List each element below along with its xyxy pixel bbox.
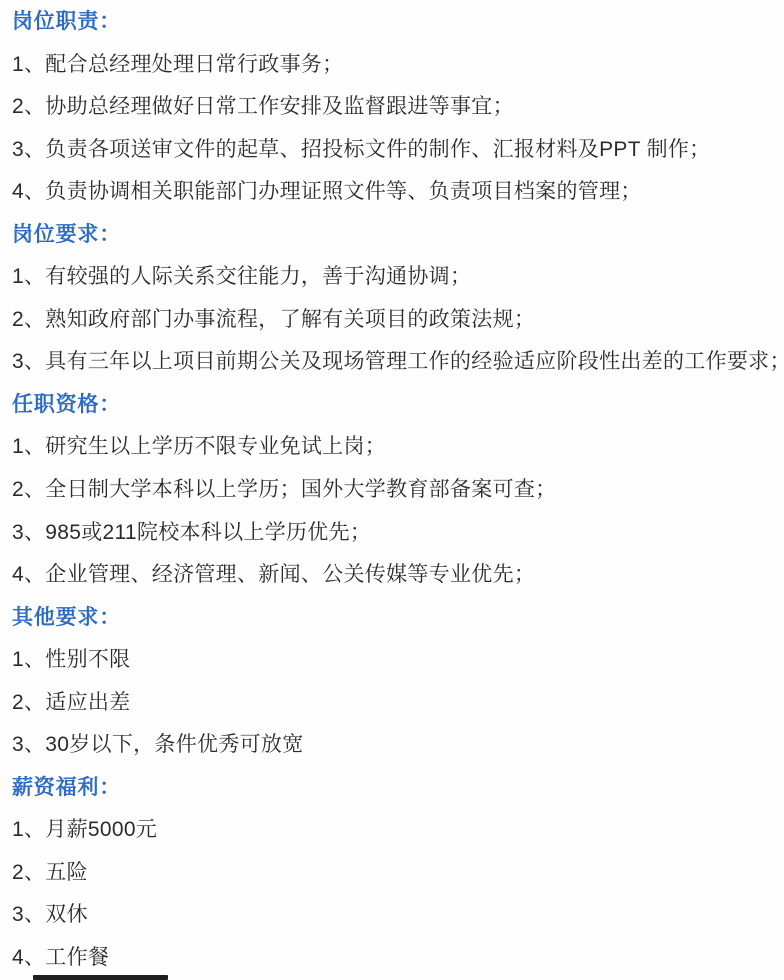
list-item: 1、研究生以上学历不限专业免试上岗； [12,426,772,469]
list-item: 2、全日制大学本科以上学历；国外大学教育部备案可查； [12,469,772,512]
section-heading-other-requirements: 其他要求： [12,597,772,640]
list-item: 2、适应出差 [12,682,772,725]
list-item: 4、负责协调相关职能部门办理证照文件等、负责项目档案的管理； [12,171,772,214]
section-heading-requirements: 岗位要求： [12,214,772,257]
list-item: 1、月薪5000元 [12,809,772,852]
list-item: 3、负责各项送审文件的起草、招投标文件的制作、汇报材料及PPT 制作； [12,129,772,172]
list-item: 3、双休 [12,894,772,937]
list-item: 2、五险 [12,852,772,895]
document-body: 岗位职责： 1、配合总经理处理日常行政事务； 2、协助总经理做好日常工作安排及监… [0,0,784,980]
list-item: 2、协助总经理做好日常工作安排及监督跟进等事宜； [12,86,772,129]
list-item: 1、有较强的人际关系交往能力，善于沟通协调； [12,256,772,299]
job-posting-document: 岗位职责： 1、配合总经理处理日常行政事务； 2、协助总经理做好日常工作安排及监… [0,0,784,980]
section-heading-qualifications: 任职资格： [12,384,772,427]
list-item: 4、企业管理、经济管理、新闻、公关传媒等专业优先； [12,554,772,597]
list-item: 3、具有三年以上项目前期公关及现场管理工作的经验适应阶段性出差的工作要求； [12,341,772,384]
list-item: 1、配合总经理处理日常行政事务； [12,44,772,87]
list-item: 2、熟知政府部门办事流程，了解有关项目的政策法规； [12,299,772,342]
list-item: 4、工作餐 [12,937,772,980]
list-item: 3、30岁以下，条件优秀可放宽 [12,724,772,767]
section-heading-responsibilities: 岗位职责： [12,1,772,44]
list-item: 1、性别不限 [12,639,772,682]
cutoff-next-line-top [33,975,168,980]
section-heading-salary-benefits: 薪资福利： [12,767,772,810]
list-item: 3、985或211院校本科以上学历优先； [12,512,772,555]
